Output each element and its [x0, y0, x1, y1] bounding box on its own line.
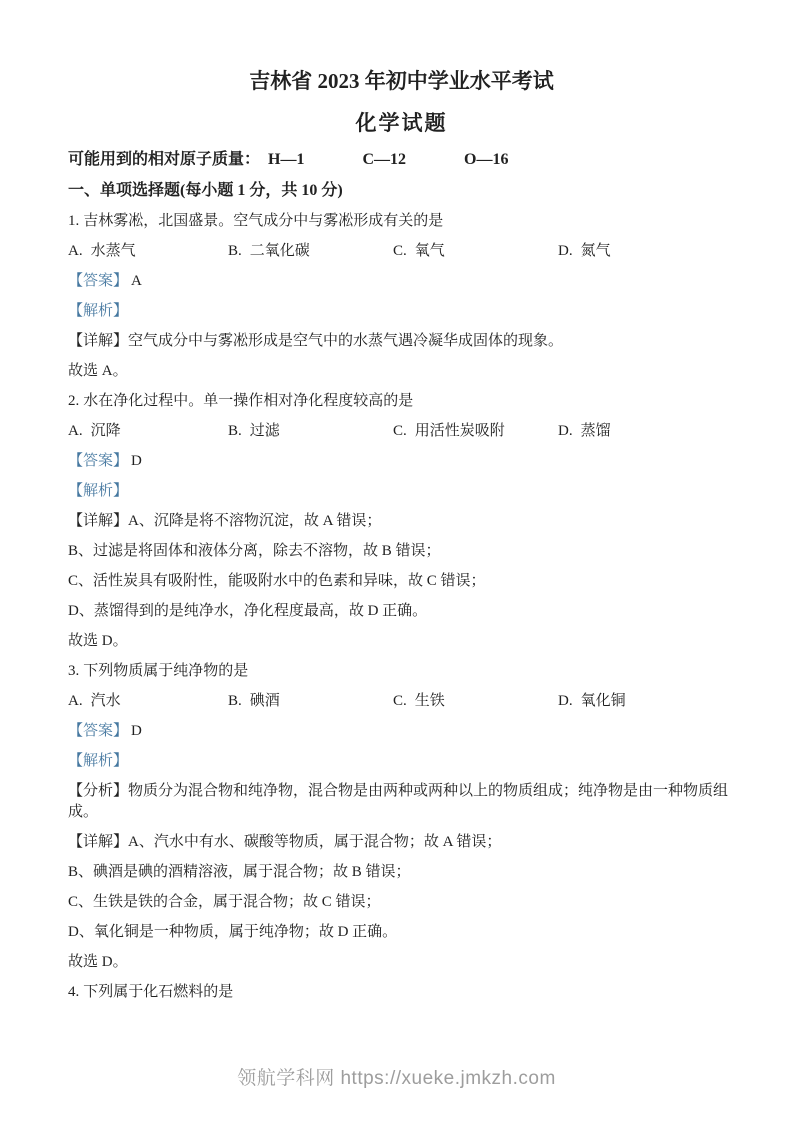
- option-b: B.碘酒: [228, 691, 393, 712]
- analysis-label: 【解析】: [68, 303, 128, 319]
- question-number: 4.: [68, 984, 79, 1000]
- page-subtitle: 化学试题: [68, 110, 735, 137]
- analysis-label: 【解析】: [68, 753, 128, 769]
- question-block-2: 2.水在净化过程中。单一操作相对净化程度较高的是 A.沉降 B.过滤 C.用活性…: [68, 391, 735, 652]
- question-block-1: 1.吉林雾凇，北国盛景。空气成分中与雾凇形成有关的是 A.水蒸气 B.二氧化碳 …: [68, 211, 735, 382]
- conclusion-line: 故选 D。: [68, 631, 735, 652]
- option-key: D.: [558, 693, 573, 709]
- exam-page: 吉林省 2023 年初中学业水平考试 化学试题 可能用到的相对原子质量：H—1C…: [0, 0, 793, 1122]
- option-text: 过滤: [250, 423, 280, 439]
- atomic-mass-o: O—16: [464, 151, 508, 168]
- option-key: C.: [393, 243, 407, 259]
- option-text: 水蒸气: [91, 243, 136, 259]
- question-stem-text: 下列物质属于纯净物的是: [83, 663, 248, 679]
- option-d: D.氮气: [558, 241, 735, 262]
- option-b: B.二氧化碳: [228, 241, 393, 262]
- option-text: 二氧化碳: [250, 243, 310, 259]
- conclusion-line: 故选 A。: [68, 361, 735, 382]
- atomic-mass-c: C—12: [362, 151, 406, 168]
- answer-label: 【答案】: [68, 723, 128, 739]
- answer-value: D: [131, 723, 142, 739]
- question-stem-text: 水在净化过程中。单一操作相对净化程度较高的是: [83, 393, 413, 409]
- detail-line: C、活性炭具有吸附性，能吸附水中的色素和异味，故 C 错误；: [68, 571, 735, 592]
- option-text: 用活性炭吸附: [415, 423, 505, 439]
- answer-line: 【答案】D: [68, 451, 735, 472]
- exam-document: 吉林省 2023 年初中学业水平考试 化学试题 可能用到的相对原子质量：H—1C…: [0, 68, 793, 1003]
- question-stem: 1.吉林雾凇，北国盛景。空气成分中与雾凇形成有关的是: [68, 211, 735, 232]
- answer-label: 【答案】: [68, 453, 128, 469]
- question-stem-text: 吉林雾凇，北国盛景。空气成分中与雾凇形成有关的是: [83, 213, 443, 229]
- option-c: C.用活性炭吸附: [393, 421, 558, 442]
- option-key: D.: [558, 243, 573, 259]
- conclusion-line: 故选 D。: [68, 952, 735, 973]
- answer-line: 【答案】A: [68, 271, 735, 292]
- option-a: A.汽水: [68, 691, 228, 712]
- option-text: 蒸馏: [581, 423, 611, 439]
- question-number: 2.: [68, 393, 79, 409]
- option-text: 氮气: [581, 243, 611, 259]
- option-a: A.沉降: [68, 421, 228, 442]
- option-b: B.过滤: [228, 421, 393, 442]
- question-number: 3.: [68, 663, 79, 679]
- option-text: 氧化铜: [581, 693, 626, 709]
- question-stem-text: 下列属于化石燃料的是: [83, 984, 233, 1000]
- watermark: 领航学科网 https://xueke.jmkzh.com: [0, 1063, 793, 1090]
- option-text: 生铁: [415, 693, 445, 709]
- options-row: A.汽水 B.碘酒 C.生铁 D.氧化铜: [68, 691, 735, 712]
- question-stem: 2.水在净化过程中。单一操作相对净化程度较高的是: [68, 391, 735, 412]
- option-text: 沉降: [91, 423, 121, 439]
- question-block-4: 4.下列属于化石燃料的是: [68, 982, 735, 1003]
- atomic-mass-h: H—1: [268, 151, 304, 168]
- option-a: A.水蒸气: [68, 241, 228, 262]
- option-key: B.: [228, 423, 242, 439]
- analysis-line: 【解析】: [68, 301, 735, 322]
- detail-line: D、氧化铜是一种物质，属于纯净物；故 D 正确。: [68, 922, 735, 943]
- page-title: 吉林省 2023 年初中学业水平考试: [68, 68, 735, 95]
- option-text: 氧气: [415, 243, 445, 259]
- answer-label: 【答案】: [68, 273, 128, 289]
- options-row: A.水蒸气 B.二氧化碳 C.氧气 D.氮气: [68, 241, 735, 262]
- option-text: 汽水: [91, 693, 121, 709]
- atomic-mass-label: 可能用到的相对原子质量：: [68, 151, 260, 168]
- option-key: A.: [68, 423, 83, 439]
- option-d: D.蒸馏: [558, 421, 735, 442]
- detail-line: 【详解】空气成分中与雾凇形成是空气中的水蒸气遇冷凝华成固体的现象。: [68, 331, 735, 352]
- option-c: C.氧气: [393, 241, 558, 262]
- analysis-label: 【解析】: [68, 483, 128, 499]
- question-block-3: 3.下列物质属于纯净物的是 A.汽水 B.碘酒 C.生铁 D.氧化铜 【答案】D…: [68, 661, 735, 973]
- option-key: A.: [68, 693, 83, 709]
- answer-value: D: [131, 453, 142, 469]
- detail-line: C、生铁是铁的合金，属于混合物；故 C 错误；: [68, 892, 735, 913]
- detail-line: 【详解】A、沉降是将不溶物沉淀，故 A 错误；: [68, 511, 735, 532]
- answer-value: A: [131, 273, 142, 289]
- option-text: 碘酒: [250, 693, 280, 709]
- option-c: C.生铁: [393, 691, 558, 712]
- option-d: D.氧化铜: [558, 691, 735, 712]
- question-stem: 4.下列属于化石燃料的是: [68, 982, 735, 1003]
- detail-line: B、碘酒是碘的酒精溶液，属于混合物；故 B 错误；: [68, 862, 735, 883]
- option-key: C.: [393, 423, 407, 439]
- detail-line: 【详解】A、汽水中有水、碳酸等物质，属于混合物；故 A 错误；: [68, 832, 735, 853]
- option-key: D.: [558, 423, 573, 439]
- question-number: 1.: [68, 213, 79, 229]
- option-key: A.: [68, 243, 83, 259]
- analysis-line: 【解析】: [68, 481, 735, 502]
- answer-line: 【答案】D: [68, 721, 735, 742]
- section-heading: 一、单项选择题(每小题 1 分，共 10 分): [68, 180, 735, 202]
- detail-line: D、蒸馏得到的是纯净水，净化程度最高，故 D 正确。: [68, 601, 735, 622]
- option-key: C.: [393, 693, 407, 709]
- atomic-mass-note: 可能用到的相对原子质量：H—1C—12O—16: [68, 149, 735, 171]
- option-key: B.: [228, 693, 242, 709]
- detail-line: B、过滤是将固体和液体分离，除去不溶物，故 B 错误；: [68, 541, 735, 562]
- option-key: B.: [228, 243, 242, 259]
- question-stem: 3.下列物质属于纯净物的是: [68, 661, 735, 682]
- analysis-line: 【解析】: [68, 751, 735, 772]
- options-row: A.沉降 B.过滤 C.用活性炭吸附 D.蒸馏: [68, 421, 735, 442]
- detail-line: 【分析】物质分为混合物和纯净物，混合物是由两种或两种以上的物质组成；纯净物是由一…: [68, 781, 735, 823]
